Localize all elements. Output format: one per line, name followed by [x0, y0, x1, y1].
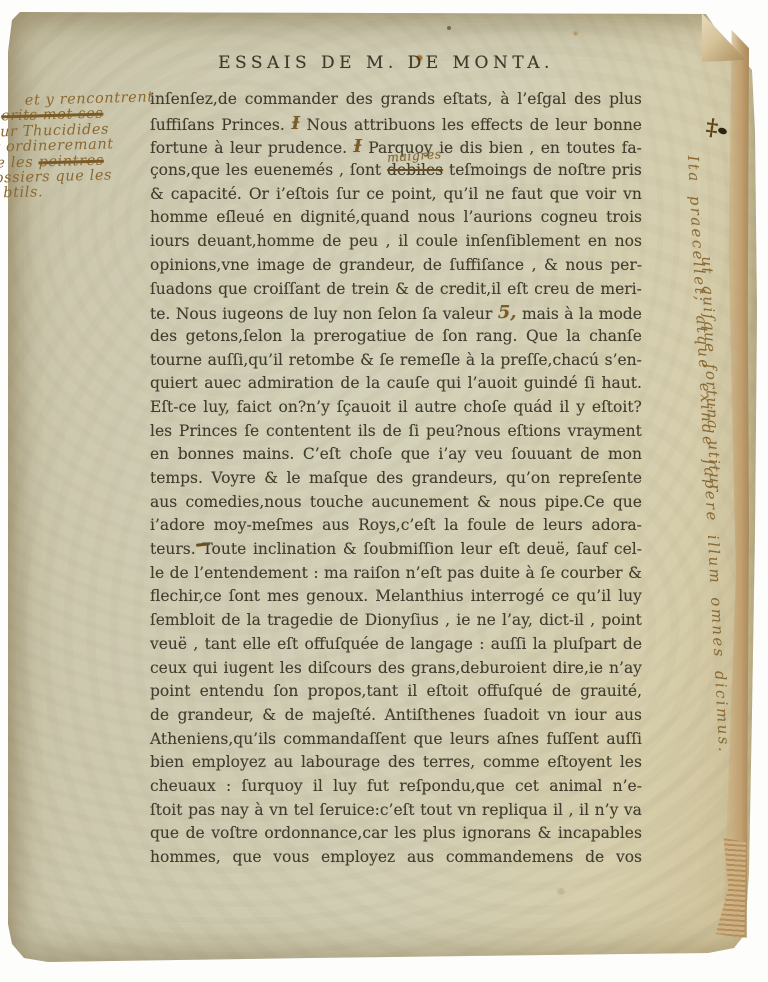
word: credit,il	[440, 280, 501, 298]
word: la	[533, 635, 547, 653]
word: ſont	[350, 161, 381, 179]
word: iugent	[223, 659, 273, 677]
word: &	[343, 540, 357, 558]
word: ſoubmiſſion	[363, 540, 453, 558]
word: ,	[569, 801, 574, 819]
word: Or	[249, 185, 269, 203]
word: ſe	[379, 351, 394, 369]
word: ſont	[229, 587, 260, 605]
word: de	[340, 374, 359, 392]
word: de	[623, 635, 642, 653]
word: voir	[586, 185, 616, 203]
word: repliqua	[482, 801, 548, 819]
word: quád	[513, 398, 552, 416]
word: touche	[310, 493, 363, 511]
word: admiration	[248, 374, 334, 392]
print-line: desgetons,ſelonlaprerogatiuedeſonrang.Qu…	[150, 327, 642, 351]
word: deuë,	[527, 540, 570, 558]
word: l’ay,	[502, 611, 533, 629]
print-line: cheuaux:ſurquoyilluyfutreſpondu,quecetan…	[150, 777, 642, 801]
word: la	[291, 327, 305, 345]
word: ſauf	[576, 540, 607, 558]
word: ,	[590, 611, 595, 629]
word: aus	[322, 516, 349, 534]
word: eſleué	[216, 208, 264, 226]
word: ſurquoy	[242, 777, 303, 795]
word: moy-meſmes	[214, 516, 313, 534]
word: l’eſgal	[517, 90, 566, 108]
word: il	[553, 801, 563, 819]
word: l’auoit	[468, 374, 518, 392]
word: Dionyſius	[365, 611, 439, 629]
word: aſnes	[497, 730, 539, 748]
word: ce	[551, 587, 569, 605]
print-line: degrandeur,&demajeſté.Antiſthenesſuadoit…	[150, 706, 642, 730]
word: ,	[193, 635, 198, 653]
word: guindé	[524, 374, 578, 392]
word: ſi	[408, 422, 419, 440]
word: ſouuant	[511, 445, 572, 463]
print-line: pointentenduſonpropos,tantileſtoitoffuſq…	[150, 682, 642, 706]
word: ceux	[150, 659, 187, 677]
word: la	[566, 327, 580, 345]
print-line: hommeeſleuéendignité,quandnousl’aurionsc…	[150, 208, 642, 232]
word: que	[550, 185, 579, 203]
word: de	[580, 445, 599, 463]
word: animal	[549, 777, 602, 795]
word: de	[326, 280, 345, 298]
word: eſtoyent	[547, 753, 612, 771]
word: fut	[367, 777, 389, 795]
word: que	[613, 493, 642, 511]
word: propos,tant	[308, 682, 398, 700]
word: commandemens	[446, 848, 574, 866]
word: fuſſent	[546, 730, 599, 748]
word: diſcours	[308, 659, 372, 677]
word: à	[564, 305, 573, 323]
word: offuſqué	[477, 682, 542, 700]
word: tant	[205, 635, 237, 653]
word: &	[264, 469, 278, 487]
word: aus	[407, 848, 434, 866]
word: mais	[522, 305, 559, 323]
word: à	[214, 139, 223, 157]
word: des	[150, 327, 177, 345]
word: ſon	[273, 682, 298, 700]
word: bien	[150, 753, 184, 771]
word: attribuons	[354, 116, 435, 134]
word: point	[601, 611, 641, 629]
word: pas	[447, 564, 474, 582]
word: comme	[483, 753, 540, 771]
word: point	[150, 682, 190, 700]
word: la	[444, 516, 458, 534]
word: en	[273, 208, 292, 226]
word: mes	[267, 587, 299, 605]
word: mode	[599, 305, 642, 323]
word: &	[544, 256, 558, 274]
print-line: ſuffiſansPrinces.ƗNousattribuonsleseffec…	[150, 114, 642, 138]
word: ,	[386, 232, 391, 250]
word: grauité,	[580, 682, 642, 700]
word: point,	[391, 185, 436, 203]
word: il	[313, 777, 323, 795]
word: Princes.	[221, 116, 285, 134]
word: bonne	[594, 116, 642, 134]
word: employez	[321, 848, 395, 866]
word: Roys,c’eſt	[358, 516, 435, 534]
word: retombe	[289, 351, 355, 369]
word: ordonnance,car	[264, 824, 387, 842]
word: C’eſt	[303, 445, 341, 463]
word: rang.	[476, 327, 517, 345]
word: les	[620, 753, 642, 771]
handwriting: e les	[0, 154, 39, 171]
word: de	[423, 256, 442, 274]
word: grandeur,	[339, 256, 415, 274]
word: on?n’y	[279, 398, 330, 416]
word: homme	[150, 208, 208, 226]
word: à	[526, 564, 535, 582]
word: des	[574, 90, 601, 108]
word: iugeons	[222, 305, 283, 323]
print-line: ſtoitpasnayàvntelſeruice:c’eſttoutvnrepl…	[150, 801, 642, 825]
word: de	[385, 635, 404, 653]
word: ſuffiſance	[450, 256, 525, 274]
word: Atheniens,qu’ils	[150, 730, 276, 748]
word: plus	[609, 90, 642, 108]
word: de	[552, 682, 571, 700]
word: langage	[411, 635, 473, 653]
word: ſur	[336, 185, 359, 203]
word: leur	[230, 139, 262, 157]
word: luy	[314, 305, 338, 323]
word: toutes	[566, 139, 615, 157]
word: inſenſiblement	[466, 232, 581, 250]
word: ſuadons	[150, 280, 212, 298]
word: qui	[436, 374, 461, 392]
word: mains.	[243, 445, 295, 463]
word: courber	[561, 564, 623, 582]
struck-word: debiles	[387, 161, 443, 179]
word: &	[262, 706, 276, 724]
print-line: quedevoſtreordonnance,carlesplusignorans…	[150, 824, 642, 848]
word: i’eſtois	[276, 185, 329, 203]
print-line: &capacité.Ori’eſtoisſurcepoint,qu’ilnefa…	[150, 185, 642, 209]
word: l’aurions	[464, 208, 533, 226]
word: de	[383, 422, 402, 440]
word: &	[395, 280, 409, 298]
word: il	[579, 801, 589, 819]
word: leurs	[450, 730, 489, 748]
word: temps.	[150, 469, 203, 487]
word: remeſle	[400, 351, 460, 369]
word: des	[378, 659, 405, 677]
handwriting: btils.	[3, 185, 43, 202]
word: nous	[565, 256, 602, 274]
word: des	[388, 753, 415, 771]
word: n’ay	[609, 659, 642, 677]
word: il	[559, 398, 569, 416]
word: croiſſant	[253, 280, 320, 298]
word: choſe	[464, 398, 507, 416]
print-line: çons,queleseuenemés,ſontdebilesteſmoings…	[150, 161, 642, 185]
word: quiert	[150, 374, 198, 392]
word: effects	[471, 116, 523, 134]
handwriting: ossiers que les	[0, 167, 112, 186]
word: faut	[511, 185, 542, 203]
text-block: inſenſez,decommanderdesgrandseſtats,àl’e…	[150, 90, 642, 872]
word: grandeurs,	[412, 469, 498, 487]
word: de	[170, 564, 189, 582]
word: au	[274, 753, 293, 771]
print-line: ſembloitdelatragediedeDionyſius,ienel’ay…	[150, 611, 642, 635]
word: adora-	[592, 516, 642, 534]
word: image	[257, 256, 305, 274]
print-line: ceuxquiiugentlesdiſcoursdesgrans,deburoi…	[150, 659, 642, 683]
word: ſi	[584, 374, 595, 392]
word: ſeruice:c’eſt	[320, 801, 415, 819]
word: qui	[193, 659, 218, 677]
word: eſtoit	[427, 682, 469, 700]
word: les	[150, 422, 172, 440]
word: de	[585, 848, 604, 866]
word: nous	[499, 493, 536, 511]
word: de	[285, 706, 304, 724]
print-line: te.Nousiugeonsdeluynonſelonſavaleur5,mai…	[150, 303, 642, 327]
word: ne	[477, 611, 496, 629]
word: leurs	[543, 516, 582, 534]
word: plus	[423, 824, 456, 842]
print-line: Atheniens,qu’ilscommandaſſentqueleursaſn…	[150, 730, 642, 754]
word: eſtoit?	[592, 398, 642, 416]
word: preſſe,chacú	[500, 351, 599, 369]
word: nous	[418, 208, 455, 226]
word: aucunement	[372, 493, 469, 511]
word: que	[413, 730, 442, 748]
word: les	[280, 659, 302, 677]
word: Antiſthenes	[385, 706, 476, 724]
word: de	[515, 516, 534, 534]
word: que	[218, 280, 247, 298]
word: qu’il	[444, 185, 479, 203]
ink-insertion-mark: Ɨ	[291, 113, 299, 134]
word: voſtre	[211, 824, 258, 842]
print-line: enbonnesmains.C’eſtchoſequei’ayveuſouuan…	[150, 445, 642, 469]
print-line: veuë,tantelleeſtoffuſquéedelangage:auſſi…	[150, 635, 642, 659]
word: la	[247, 611, 261, 629]
word: faict	[237, 398, 272, 416]
word: noſtre	[558, 161, 606, 179]
word: grands	[381, 90, 435, 108]
word: choſe	[349, 445, 392, 463]
word: de	[339, 611, 358, 629]
word: offuſquée	[305, 635, 379, 653]
word: ſtoit	[150, 801, 182, 819]
word: euenemés	[254, 161, 333, 179]
word: eſtions	[507, 422, 560, 440]
word: que	[150, 824, 179, 842]
word: que	[401, 445, 430, 463]
print-line: auscomedies,noustoucheaucunement&nouspip…	[150, 493, 642, 517]
word: iour	[575, 706, 607, 724]
word: pluſpart	[553, 635, 616, 653]
word: valeur	[443, 305, 493, 323]
word: de	[221, 611, 240, 629]
word: ſembloit	[150, 611, 215, 629]
print-line: Eſt-celuy,faicton?n’yſçauoitilautrechoſe…	[150, 398, 642, 422]
word: qu’on	[506, 469, 550, 487]
word: &	[538, 824, 552, 842]
word: incapables	[558, 824, 642, 842]
word: peu	[349, 232, 378, 250]
word: bonnes	[178, 445, 234, 463]
word: labourage	[301, 753, 380, 771]
word: flechir,ce	[150, 587, 222, 605]
word: cet	[515, 777, 539, 795]
word: dict-il	[539, 611, 584, 629]
word: eſt	[507, 280, 528, 298]
word: la	[481, 351, 495, 369]
print-line: ſuadonsquecroiſſantdetrein&decredit,ileſ…	[150, 280, 642, 304]
word: :	[479, 635, 484, 653]
print-line: opinions,vneimagedegrandeur,deſuffiſance…	[150, 256, 642, 280]
word: tragedie	[267, 611, 333, 629]
word: de	[415, 327, 434, 345]
ink-insertion-mark: 5,	[498, 302, 517, 323]
word: genoux.	[306, 587, 368, 605]
word: maſque	[309, 469, 368, 487]
word: coule	[416, 232, 458, 250]
word: il	[398, 232, 408, 250]
word: luy	[618, 587, 642, 605]
print-line: teurs.Touteinclination&ſoubmiſſionleureſ…	[150, 540, 642, 564]
word: meri-	[600, 280, 641, 298]
word: des	[376, 469, 403, 487]
word: vrayment	[568, 422, 642, 440]
word: :	[226, 777, 231, 795]
word: vous	[273, 848, 309, 866]
word: bien	[489, 139, 523, 157]
word: getons,ſelon	[186, 327, 283, 345]
word: ſe	[540, 564, 555, 582]
word: n’y	[595, 801, 619, 819]
word: prudence.	[268, 139, 347, 157]
word: luy	[333, 777, 357, 795]
word: ſelon	[378, 305, 417, 323]
word: haut.	[602, 374, 642, 392]
word: de	[289, 305, 308, 323]
word: n’eſt	[406, 564, 442, 582]
word: i’adore	[150, 516, 205, 534]
word: de	[533, 161, 552, 179]
word: ,	[529, 139, 534, 157]
word: ce	[366, 185, 384, 203]
word: creu	[534, 280, 569, 298]
fox-spot-stain	[573, 31, 578, 36]
word: à	[500, 90, 509, 108]
word: vn	[458, 801, 477, 819]
word: interrogé	[471, 587, 545, 605]
word: dignité,quand	[300, 208, 409, 226]
word: eſtats,	[443, 90, 493, 108]
word: foule	[467, 516, 506, 534]
word: elle	[243, 635, 271, 653]
print-line: flechir,ceſontmesgenoux.Melanthiusinterr…	[150, 587, 642, 611]
print-line: ioursdeuant,hommedepeu,ilcouleinſenſible…	[150, 232, 642, 256]
word: comedies,nous	[185, 493, 301, 511]
word: autre	[415, 398, 457, 416]
word: dis	[460, 139, 483, 157]
word: aus	[150, 493, 177, 511]
word: vos	[616, 848, 642, 866]
word: te.	[150, 305, 170, 323]
word: nay	[221, 801, 249, 819]
word: prerogatiue	[314, 327, 407, 345]
word: non	[343, 305, 372, 323]
word: leur	[461, 540, 493, 558]
word: ſçauoit	[337, 398, 391, 416]
word: de	[312, 256, 331, 274]
word: de	[575, 280, 594, 298]
word: opinions,vne	[150, 256, 249, 274]
word: auſſi,qu’il	[208, 351, 283, 369]
word: Que	[526, 327, 558, 345]
word: ie	[456, 611, 470, 629]
word: qu’il	[576, 587, 611, 605]
word: fa-	[622, 139, 642, 157]
word: Princes	[179, 422, 238, 440]
word: per-	[610, 256, 642, 274]
word: pipe.Ce	[545, 493, 605, 511]
print-line: tourneauſſi,qu’ilretombe&ſeremeſleàlapre…	[150, 351, 642, 375]
word: le	[150, 564, 164, 582]
word: de	[150, 706, 169, 724]
word: &	[360, 351, 374, 369]
word: duite	[480, 564, 520, 582]
word: il	[398, 398, 408, 416]
word: auſſi	[491, 635, 527, 653]
print-line: inſenſez,decommanderdesgrandseſtats,àl’e…	[150, 90, 642, 114]
word: en	[150, 445, 169, 463]
word: eſt	[499, 540, 520, 558]
word: Voyre	[211, 469, 255, 487]
word: cheuaux	[150, 777, 216, 795]
word: Eſt-ce	[150, 398, 196, 416]
word: ſon	[442, 327, 467, 345]
word: chanſe	[589, 327, 642, 345]
word: en	[541, 139, 560, 157]
word: s’en-	[605, 351, 642, 369]
word: aus	[615, 706, 642, 724]
word: i’ay	[438, 445, 466, 463]
word: en	[588, 232, 607, 250]
word: pris	[612, 161, 642, 179]
word: commander	[245, 90, 338, 108]
print-line: quiertauecadmirationdelacauſequil’auoitg…	[150, 374, 642, 398]
word: majeſté.	[312, 706, 376, 724]
word: la	[366, 374, 380, 392]
word: les	[226, 161, 248, 179]
word: Nous	[306, 116, 347, 134]
word: auec	[204, 374, 241, 392]
word: trein	[351, 280, 389, 298]
word: &	[477, 493, 491, 511]
word: ſuadoit	[484, 706, 539, 724]
word: luy,	[203, 398, 230, 416]
word: contentent	[266, 422, 351, 440]
word: grans,deburoient	[411, 659, 547, 677]
